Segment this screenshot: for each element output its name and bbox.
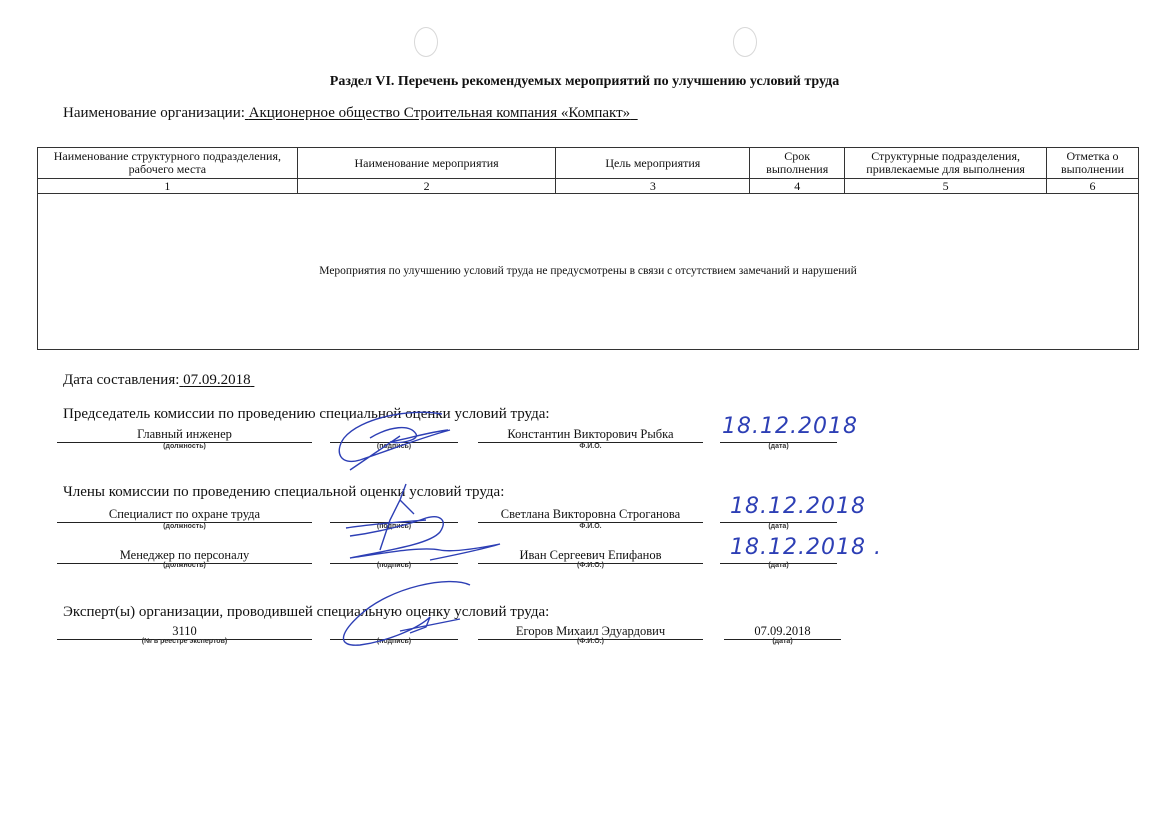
column-header: Структурные подразделения, привлекаемые … bbox=[845, 148, 1047, 179]
member-position: Специалист по охране труда bbox=[57, 506, 312, 523]
column-header: Срок выполнения bbox=[750, 148, 845, 179]
chairman-heading: Председатель комиссии по проведению спец… bbox=[63, 406, 550, 423]
measures-table: Наименование структурного подразделения,… bbox=[37, 147, 1139, 350]
column-header: Цель мероприятия bbox=[556, 148, 750, 179]
signature-caption: (подпись) bbox=[330, 638, 458, 645]
table-number-row: 1 2 3 4 5 6 bbox=[38, 179, 1139, 194]
table-row: Мероприятия по улучшению условий труда н… bbox=[38, 194, 1139, 350]
member-name: Светлана Викторовна Строганова bbox=[478, 506, 703, 523]
name-caption: (Ф.И.О.) bbox=[478, 562, 703, 569]
compilation-date-value: 07.09.2018 bbox=[179, 372, 254, 388]
column-header: Наименование структурного подразделения,… bbox=[38, 148, 298, 179]
member-signature-row: Менеджер по персоналу (должность) (подпи… bbox=[0, 547, 1169, 577]
experts-heading: Эксперт(ы) организации, проводившей спец… bbox=[63, 604, 549, 621]
column-number: 4 bbox=[750, 179, 845, 194]
signature-caption: (подпись) bbox=[330, 562, 458, 569]
organization-line: Наименование организации:Акционерное общ… bbox=[63, 105, 638, 122]
name-caption: Ф.И.О. bbox=[478, 443, 703, 450]
date-caption: (дата) bbox=[720, 523, 837, 530]
signature-caption: (подпись) bbox=[330, 443, 458, 450]
chairman-signature-line bbox=[330, 426, 458, 443]
punch-hole-right bbox=[733, 27, 757, 57]
page-title: Раздел VI. Перечень рекомендуемых меропр… bbox=[0, 74, 1169, 90]
chairman-handwritten-date: 18.12.2018 bbox=[722, 414, 858, 439]
expert-signature-row: 3110 (№ в реестре экспертов) (подпись) Е… bbox=[0, 623, 1169, 653]
member-signature-row: Специалист по охране труда (должность) (… bbox=[0, 506, 1169, 536]
chairman-name: Константин Викторович Рыбка bbox=[478, 426, 703, 443]
compilation-date-line: Дата составления:07.09.2018 bbox=[63, 372, 254, 389]
position-caption: (должность) bbox=[57, 443, 312, 450]
name-caption: (Ф.И.О.) bbox=[478, 638, 703, 645]
position-caption: (должность) bbox=[57, 523, 312, 530]
column-number: 3 bbox=[556, 179, 750, 194]
column-number: 5 bbox=[845, 179, 1047, 194]
members-heading: Члены комиссии по проведению специальной… bbox=[63, 484, 504, 501]
chairman-signature-row: Главный инженер (должность) (подпись) Ко… bbox=[0, 426, 1169, 456]
organization-label: Наименование организации: bbox=[63, 105, 245, 121]
member-handwritten-date: 18.12.2018 . bbox=[730, 535, 882, 560]
table-body-note: Мероприятия по улучшению условий труда н… bbox=[38, 194, 1139, 350]
column-header: Отметка о выполнении bbox=[1047, 148, 1139, 179]
date-caption: (дата) bbox=[720, 562, 837, 569]
member-handwritten-date: 18.12.2018 bbox=[730, 494, 866, 519]
date-caption: (дата) bbox=[724, 638, 841, 645]
member-signature-line bbox=[330, 506, 458, 523]
chairman-position: Главный инженер bbox=[57, 426, 312, 443]
position-caption: (должность) bbox=[57, 562, 312, 569]
column-number: 6 bbox=[1047, 179, 1139, 194]
compilation-date-label: Дата составления: bbox=[63, 372, 179, 388]
registry-caption: (№ в реестре экспертов) bbox=[57, 638, 312, 645]
table-header-row: Наименование структурного подразделения,… bbox=[38, 148, 1139, 179]
punch-hole-left bbox=[414, 27, 438, 57]
signature-caption: (подпись) bbox=[330, 523, 458, 530]
column-number: 2 bbox=[297, 179, 556, 194]
column-header: Наименование мероприятия bbox=[297, 148, 556, 179]
date-caption: (дата) bbox=[720, 443, 837, 450]
organization-value: Акционерное общество Строительная компан… bbox=[245, 105, 638, 121]
column-number: 1 bbox=[38, 179, 298, 194]
name-caption: Ф.И.О. bbox=[478, 523, 703, 530]
